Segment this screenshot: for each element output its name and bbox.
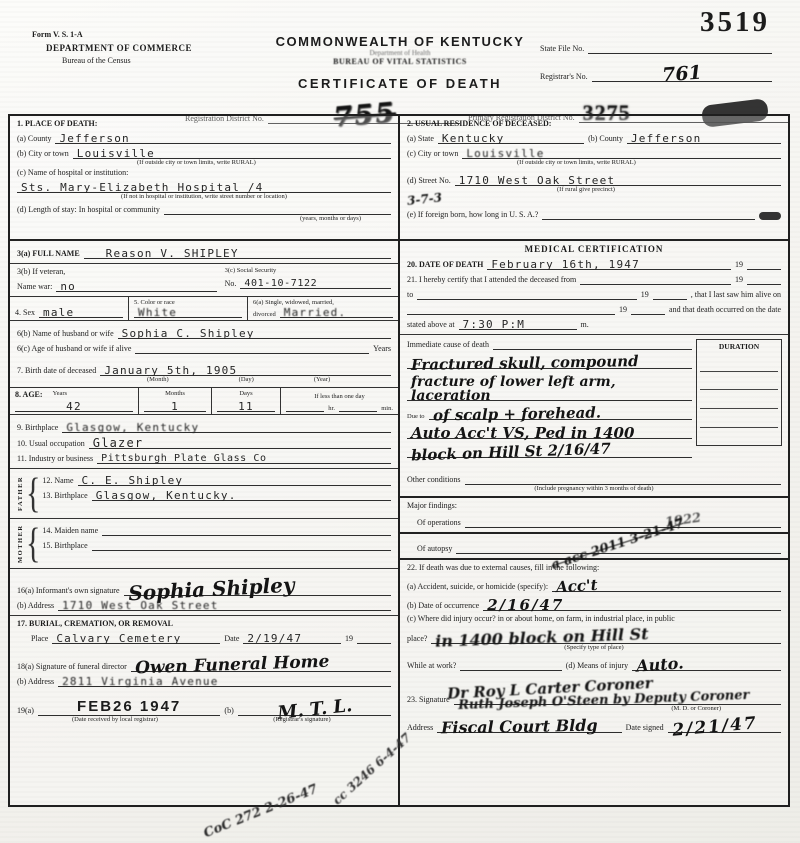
birthdate-line: 7. Birth date of deceased January 5th, 1… — [17, 364, 391, 376]
informant-line: 16(a) Informant's own signature Sophia S… — [17, 575, 391, 596]
mother-birthplace-line: 15. Birthplace — [42, 539, 391, 551]
stay-note: (years, months or days) — [17, 215, 361, 222]
cause-text1: Fractured skull, compound — [411, 354, 639, 373]
means-value: Auto. — [636, 656, 684, 675]
registrars-no-line: Registrar's No. 761 — [540, 62, 772, 82]
date-of-death-year-blank — [747, 258, 781, 270]
registrars-no-label: Registrar's No. — [540, 72, 588, 82]
marital-value: Married. — [284, 307, 347, 318]
foreign-born-blot — [759, 212, 781, 220]
father-birthplace-field: Glasgow, Kentucky. — [92, 489, 391, 501]
father-fields: 12. Name C. E. Shipley 13. Birthplace Gl… — [42, 471, 391, 516]
residence-county-value: Jefferson — [631, 133, 701, 144]
burial-date-label: Date — [224, 634, 239, 644]
age-years-field: 42 — [15, 400, 133, 412]
ssn-field: 401-10-7122 — [240, 277, 391, 289]
mother-side-label: MOTHER — [17, 521, 24, 566]
director-address-field: 2811 Virginia Avenue — [58, 675, 391, 687]
age-months-field: 1 — [144, 397, 206, 412]
hospital-note: (If not in hospital or institution, writ… — [17, 193, 391, 200]
registrar-line: 19(a) FEB26 1947 (b) M. T. L. — [17, 697, 391, 716]
section-residence: 2. USUAL RESIDENCE OF DECEASED: (a) Stat… — [400, 116, 788, 241]
county-value: Jefferson — [59, 133, 129, 144]
spouse-age-line: 6(c) Age of husband or wife if alive Yea… — [17, 342, 391, 354]
date-of-death-value: February 16th, 1947 — [491, 259, 640, 270]
city-line: (b) City or town Louisville — [17, 147, 391, 159]
director-line: 18(a) Signature of funeral director Owen… — [17, 654, 391, 672]
age-years-value: 42 — [66, 401, 82, 412]
autopsy-label: Of autopsy — [417, 544, 452, 554]
foreign-born-label: (e) If foreign born, how long in U. S. A… — [407, 210, 538, 220]
residence-city-line: (c) City or town Louisville — [407, 147, 781, 159]
marital-label2: divorced — [253, 311, 276, 318]
duration-line — [700, 428, 778, 446]
father-birthplace-line: 13. Birthplace Glasgow, Kentucky. — [42, 489, 391, 501]
occupation-line: 10. Usual occupation Glazer — [17, 436, 391, 449]
registrar-date-note: (Date received by local registrar) — [17, 716, 213, 723]
other-conditions-blank — [465, 473, 781, 485]
occupation-label: 10. Usual occupation — [17, 439, 85, 449]
day-note: (Day) — [239, 376, 254, 383]
date-signed-value: 2/21/47 — [671, 716, 758, 740]
date-signed-label: Date signed — [626, 723, 664, 733]
birthplace-field: Glasgow, Kentucky — [62, 421, 391, 433]
residence-city-label: (c) City or town — [407, 149, 458, 159]
age-months-value: 1 — [171, 401, 179, 412]
race-field: White — [134, 306, 242, 318]
cause-line4: Auto Acc't VS, Ped in 1400 — [407, 423, 692, 439]
marital-cell: 6(a) Single, widowed, married, divorced … — [247, 297, 398, 320]
director-signature: Owen Funeral Home — [135, 654, 330, 678]
stay-line: (d) Length of stay: In hospital or commu… — [17, 203, 391, 215]
section-external-causes: 22. If death was due to external causes,… — [400, 560, 788, 675]
other-conditions-label: Other conditions — [407, 475, 461, 485]
age-years-labels: 8. AGE: Years — [15, 390, 133, 400]
spouse-age-field — [135, 342, 369, 354]
father-birthplace-value: Glasgow, Kentucky. — [96, 490, 237, 501]
section-informant: 16(a) Informant's own signature Sophia S… — [10, 569, 398, 616]
residence-county-label: (b) County — [588, 134, 623, 144]
cause-line5: block on Hill St 2/16/47 — [407, 442, 692, 458]
father-name-value: C. E. Shipley — [82, 475, 184, 486]
spouse-label: 6(b) Name of husband or wife — [17, 329, 114, 339]
birthdate-notes: (Month) (Day) (Year) — [17, 376, 391, 383]
section-place-of-death: 1. PLACE OF DEATH: (a) County Jefferson … — [10, 116, 398, 241]
injury-where-field: in 1400 block on Hill St — [431, 627, 781, 644]
time-m-label: m. — [581, 320, 589, 330]
attended-to-blank — [417, 288, 637, 300]
attended-19a: 19 — [735, 275, 743, 285]
attended-line4: stated above at 7:30 P:M m. — [407, 318, 781, 330]
age-less-cell: If less than one day hr. min. — [280, 388, 398, 414]
marital-line: divorced Married. — [253, 306, 393, 318]
month-note: (Month) — [147, 376, 169, 383]
informant-label: 16(a) Informant's own signature — [17, 586, 120, 596]
cause-label-line: Immediate cause of death — [407, 338, 692, 350]
cause-field2: fracture of lower left arm, laceration — [407, 372, 692, 401]
spouse-value: Sophia C. Shipley — [122, 328, 255, 339]
hospital-line: Sts. Mary-Elizabeth Hospital /4 — [17, 181, 391, 193]
state-file-line: State File No. — [540, 42, 772, 54]
marital-field: Married. — [280, 306, 393, 318]
full-name-field: Reason V. SHIPLEY — [84, 247, 391, 259]
foreign-born-field — [542, 208, 755, 220]
mother-birthplace-label: 15. Birthplace — [42, 541, 87, 551]
stated-above-label: stated above at — [407, 320, 455, 330]
mother-maiden-label: 14. Maiden name — [42, 526, 98, 536]
father-name-field: C. E. Shipley — [78, 474, 391, 486]
means-field: Auto. — [632, 654, 781, 671]
death-certificate-scan: Form V. S. 1-A DEPARTMENT OF COMMERCE Bu… — [0, 0, 800, 843]
duration-line — [700, 409, 778, 428]
informant-field: Sophia Shipley — [124, 575, 391, 596]
certificate-form-box: 1. PLACE OF DEATH: (a) County Jefferson … — [8, 114, 790, 807]
city-note: (If outside city or town limits, write R… — [137, 159, 391, 166]
director-field: Owen Funeral Home — [131, 654, 391, 672]
section-sex-race-marital: 4. Sex male 5. Color or race White 6(a) … — [10, 297, 398, 321]
registrars-no-blank: 761 — [592, 62, 772, 82]
left-column: 1. PLACE OF DEATH: (a) County Jefferson … — [10, 116, 400, 805]
section-funeral-director: 18(a) Signature of funeral director Owen… — [10, 648, 398, 691]
ssn-label: 3(c) Social Security — [225, 267, 391, 274]
other-conditions-line: Other conditions — [407, 473, 781, 485]
spouse-line: 6(b) Name of husband or wife Sophia C. S… — [17, 327, 391, 339]
county-label: (a) County — [17, 134, 51, 144]
race-cell: 5. Color or race White — [128, 297, 247, 320]
death-occurred-label: and that death occurred on the date — [669, 305, 781, 315]
race-label: 5. Color or race — [134, 299, 242, 306]
external-title: 22. If death was due to external causes,… — [407, 563, 781, 573]
sex-field: male — [39, 306, 123, 318]
age-months-cell: Months 1 — [138, 388, 211, 414]
age-min-label: min. — [381, 405, 393, 412]
residence-title: 2. USUAL RESIDENCE OF DECEASED: — [407, 119, 781, 129]
section-birthdate: 7. Birth date of deceased January 5th, 1… — [10, 358, 398, 388]
residence-city-value: Louisville — [466, 148, 544, 159]
residence-city-note: (If outside city or town limits, write R… — [517, 159, 781, 166]
attended-line1: 21. I hereby certify that I attended the… — [407, 273, 781, 285]
informant-address-line: (b) Address 1710 West Oak Street — [17, 599, 391, 611]
section-autopsy: Of autopsy a acc 2011 3-21-47 — [400, 534, 788, 560]
occurrence-date-line: (b) Date of occurrence 2/16/47 — [407, 595, 781, 611]
section-cause-of-death: Immediate cause of death Fractured skull… — [400, 334, 788, 470]
foreign-born-line: (e) If foreign born, how long in U. S. A… — [407, 208, 781, 220]
residence-county-field: Jefferson — [627, 132, 781, 144]
at-work-field — [460, 659, 561, 671]
city-value: Louisville — [77, 148, 155, 159]
residence-state-line: (a) State Kentucky (b) County Jefferson — [407, 132, 781, 144]
duration-line — [700, 353, 778, 372]
veteran-line: Name war: no — [17, 280, 217, 292]
section-veteran-ssn: 3(b) If veteran, Name war: no 3(c) Socia… — [10, 264, 398, 297]
registrar-sig-label: (b) — [224, 706, 233, 716]
informant-address-field: 1710 West Oak Street — [58, 599, 391, 611]
hospital-value: Sts. Mary-Elizabeth Hospital /4 — [21, 182, 264, 193]
veteran-ssn-row: 3(b) If veteran, Name war: no 3(c) Socia… — [17, 267, 391, 292]
duration-label: DURATION — [697, 340, 781, 353]
residence-street-value: 1710 West Oak Street — [459, 175, 615, 186]
veteran-field: no — [56, 280, 216, 292]
certifier-address-field: Fiscal Court Bldg — [437, 716, 621, 733]
race-value: White — [138, 307, 177, 318]
time-of-death-value: 7:30 P:M — [463, 319, 526, 330]
birthdate-field: January 5th, 1905 — [100, 364, 391, 376]
veteran-value: no — [60, 281, 76, 292]
date-of-death-field: February 16th, 1947 — [487, 258, 731, 270]
attended-label: 21. I hereby certify that I attended the… — [407, 275, 576, 285]
age-less-line: hr. min. — [286, 400, 393, 412]
sex-value: male — [43, 307, 74, 318]
section-major-findings: Major findings: Of operations 1922 — [400, 498, 788, 534]
burial-title: 17. BURIAL, CREMATION, OR REMOVAL — [17, 619, 391, 629]
spouse-field: Sophia C. Shipley — [118, 327, 391, 339]
state-file-label: State File No. — [540, 44, 584, 54]
age-days-label: Days — [217, 390, 275, 397]
attended-from-blank — [580, 273, 731, 285]
ssn-cell: 3(c) Social Security No. 401-10-7122 — [217, 267, 391, 292]
year-note: (Year) — [314, 376, 330, 383]
age-years-label: Years — [53, 390, 68, 400]
cause-field5: block on Hill St 2/16/47 — [407, 442, 692, 458]
registrar-date-label: 19(a) — [17, 706, 34, 716]
director-label: 18(a) Signature of funeral director — [17, 662, 127, 672]
section-age: 8. AGE: Years 42 Months 1 Days 11 If les… — [10, 388, 398, 415]
section-mother: MOTHER { 14. Maiden name 15. Birthplace — [10, 519, 398, 569]
cause-field4: Auto Acc't VS, Ped in 1400 — [407, 423, 692, 439]
birthdate-label: 7. Birth date of deceased — [17, 366, 96, 376]
sex-label: 4. Sex — [15, 308, 35, 318]
cause-label: Immediate cause of death — [407, 340, 489, 350]
operations-label: Of operations — [417, 518, 461, 528]
last-saw-blank — [407, 303, 615, 315]
county-line: (a) County Jefferson — [17, 132, 391, 144]
stay-field — [164, 203, 391, 215]
age-days-field: 11 — [217, 397, 275, 412]
last-saw-label: , that I last saw him alive on — [691, 290, 781, 300]
burial-line: Place Calvary Cemetery Date 2/19/47 19 — [31, 632, 391, 644]
stay-label: (d) Length of stay: In hospital or commu… — [17, 205, 160, 215]
hospital-field: Sts. Mary-Elizabeth Hospital /4 — [17, 181, 391, 193]
occurrence-date-value: 2/16/47 — [487, 598, 564, 613]
operations-field: 1922 — [465, 514, 781, 528]
duration-line — [700, 390, 778, 409]
residence-street-label: (d) Street No. — [407, 176, 451, 186]
date-signed-field: 2/21/47 — [668, 715, 781, 733]
father-name-label: 12. Name — [42, 476, 73, 486]
attended-19b-blank — [653, 288, 687, 300]
residence-street-field: 1710 West Oak Street — [455, 174, 781, 186]
cause-text2: fracture of lower left arm, laceration — [411, 375, 688, 403]
father-name-line: 12. Name C. E. Shipley — [42, 474, 391, 486]
injury-where-label: (c) Where did injury occur? in or about … — [407, 614, 781, 624]
certifier-address-value: Fiscal Court Bldg — [441, 718, 598, 737]
registrar-sig-field: M. T. L. — [238, 697, 391, 716]
residence-street-line: (d) Street No. 1710 West Oak Street — [407, 174, 781, 186]
mother-maiden-line: 14. Maiden name — [42, 524, 391, 536]
section-medical-certification: MEDICAL CERTIFICATION 20. DATE OF DEATH … — [400, 241, 788, 334]
director-address-label: (b) Address — [17, 677, 54, 687]
certifier-address-label: Address — [407, 723, 433, 733]
full-name-label: 3(a) FULL NAME — [17, 249, 80, 259]
industry-field: Pittsburgh Plate Glass Co — [97, 452, 391, 464]
attended-line3: 19 and that death occurred on the date — [407, 303, 781, 315]
full-name-value: Reason V. SHIPLEY — [106, 248, 239, 259]
veteran-cell: 3(b) If veteran, Name war: no — [17, 267, 217, 292]
full-name-line: 3(a) FULL NAME Reason V. SHIPLEY — [17, 247, 391, 259]
section-spouse: 6(b) Name of husband or wife Sophia C. S… — [10, 321, 398, 358]
violence-kind-label: (a) Accident, suicide, or homicide (spec… — [407, 582, 548, 592]
section-burial: 17. BURIAL, CREMATION, OR REMOVAL Place … — [10, 616, 398, 648]
age-years-cell: 8. AGE: Years 42 — [10, 388, 138, 414]
marital-label1: 6(a) Single, widowed, married, — [253, 299, 393, 306]
burial-place-label: Place — [31, 634, 48, 644]
attended-19c: 19 — [619, 305, 627, 315]
major-findings-label: Major findings: — [407, 501, 781, 511]
place-of-death-title: 1. PLACE OF DEATH: — [17, 119, 391, 129]
certifier-signature-label: 23. Signature — [407, 695, 450, 705]
sex-cell: 4. Sex male — [10, 297, 128, 320]
birthplace-line: 9. Birthplace Glasgow, Kentucky — [17, 421, 391, 433]
cause-text5: block on Hill St 2/16/47 — [411, 442, 611, 464]
spouse-age-suffix: Years — [373, 344, 391, 354]
mother-fields: 14. Maiden name 15. Birthplace — [42, 521, 391, 566]
section-father: FATHER { 12. Name C. E. Shipley 13. Birt… — [10, 468, 398, 519]
ssn-line: No. 401-10-7122 — [225, 277, 391, 289]
mother-birthplace-field — [92, 539, 391, 551]
received-date-stamp: FEB26 1947 — [77, 698, 181, 715]
residence-city-field: Louisville — [462, 147, 781, 159]
cause-line1: Fractured skull, compound — [407, 353, 692, 369]
burial-date-field: 2/19/47 — [243, 632, 341, 644]
autopsy-field: a acc 2011 3-21-47 — [456, 540, 781, 554]
violence-kind-value: Acc't — [556, 578, 598, 595]
sex-line: 4. Sex male — [15, 306, 123, 318]
informant-address-label: (b) Address — [17, 601, 54, 611]
other-conditions-note: (Include pregnancy within 3 months of de… — [407, 485, 781, 492]
residence-state-value: Kentucky — [442, 133, 505, 144]
cause-line2: fracture of lower left arm, laceration — [407, 372, 692, 401]
occurrence-date-field: 2/16/47 — [483, 595, 781, 611]
registrar-date-field: FEB26 1947 — [38, 698, 221, 716]
section-other-conditions: Other conditions (Include pregnancy with… — [400, 470, 788, 498]
duration-box: DURATION — [696, 339, 782, 446]
father-side-label: FATHER — [17, 471, 24, 516]
means-line: While at work? (d) Means of injury Auto. — [407, 654, 781, 671]
burial-year-label: 19 — [345, 634, 353, 644]
burial-date-value: 2/19/47 — [247, 633, 302, 644]
state-file-blank — [588, 42, 772, 54]
injury-where-label2: place? — [407, 634, 427, 644]
mother-maiden-field — [102, 524, 391, 536]
date-of-death-label: 20. DATE OF DEATH — [407, 260, 483, 270]
violence-kind-line: (a) Accident, suicide, or homicide (spec… — [407, 576, 781, 592]
ssn-label2: No. — [225, 279, 237, 289]
age-days-cell: Days 11 — [211, 388, 280, 414]
county-field: Jefferson — [55, 132, 391, 144]
certificate-number-stamp: 3519 — [700, 6, 770, 39]
director-address-value: 2811 Virginia Avenue — [62, 676, 218, 687]
birthplace-label: 9. Birthplace — [17, 423, 58, 433]
industry-line: 11. Industry or business Pittsburgh Plat… — [17, 452, 391, 464]
attended-19a-blank — [747, 273, 781, 285]
city-field: Louisville — [73, 147, 391, 159]
industry-value: Pittsburgh Plate Glass Co — [101, 454, 267, 464]
birthplace-value: Glasgow, Kentucky — [66, 422, 199, 433]
duration-line — [700, 372, 778, 391]
violence-kind-field: Acc't — [552, 576, 781, 592]
occupation-field: Glazer — [89, 436, 391, 449]
age-months-label: Months — [144, 390, 206, 397]
father-birthplace-label: 13. Birthplace — [42, 491, 87, 501]
occupation-value: Glazer — [93, 437, 144, 449]
attended-19b: 19 — [641, 290, 649, 300]
cause-blank — [493, 338, 692, 350]
at-work-label: While at work? — [407, 661, 456, 671]
city-label: (b) City or town — [17, 149, 69, 159]
attended-line2: to 19 , that I last saw him alive on — [407, 288, 781, 300]
cause-text3: of scalp + forehead. — [432, 406, 600, 424]
cause-field3: of scalp + forehead. — [429, 404, 692, 420]
injury-where-line: place? in 1400 block on Hill St — [407, 627, 781, 644]
hospital-label: (c) Name of hospital or institution: — [17, 168, 391, 178]
age-days-value: 11 — [238, 401, 254, 412]
spouse-age-label: 6(c) Age of husband or wife if alive — [17, 344, 131, 354]
autopsy-line: Of autopsy a acc 2011 3-21-47 — [417, 540, 781, 554]
age-hr-field — [286, 400, 324, 412]
burial-year-blank — [357, 632, 391, 644]
age-less-label: If less than one day — [286, 393, 393, 400]
ssn-value: 401-10-7122 — [244, 279, 317, 289]
means-label: (d) Means of injury — [566, 661, 628, 671]
mother-bracket: { — [26, 512, 40, 575]
birthdate-value: January 5th, 1905 — [104, 365, 237, 376]
operations-line: Of operations 1922 — [417, 514, 781, 528]
residence-state-label: (a) State — [407, 134, 434, 144]
veteran-label: 3(b) If veteran, — [17, 267, 217, 277]
director-address-line: (b) Address 2811 Virginia Avenue — [17, 675, 391, 687]
right-column: 2. USUAL RESIDENCE OF DECEASED: (a) Stat… — [400, 116, 788, 805]
cause-field1: Fractured skull, compound — [407, 353, 692, 369]
occurrence-date-label: (b) Date of occurrence — [407, 601, 479, 611]
age-min-field — [339, 400, 377, 412]
burial-place-field: Calvary Cemetery — [52, 632, 220, 644]
age-hr-label: hr. — [328, 405, 335, 412]
time-of-death-field: 7:30 P:M — [459, 318, 577, 330]
medical-certification-title: MEDICAL CERTIFICATION — [407, 244, 781, 255]
residence-state-field: Kentucky — [438, 132, 584, 144]
residence-street-note: (If rural give precinct) — [557, 186, 781, 193]
street-scribble: 3-7-3 — [406, 191, 447, 207]
due-to-label: Due to — [407, 413, 425, 420]
burial-place-value: Calvary Cemetery — [56, 633, 181, 644]
age-label: 8. AGE: — [15, 390, 43, 400]
section-full-name: 3(a) FULL NAME Reason V. SHIPLEY — [10, 241, 398, 264]
date-of-death-19: 19 — [735, 260, 743, 270]
section-certifier-signature: Dr Roy L Carter Coroner 23. Signature Ru… — [400, 675, 788, 805]
registrars-no-value: 761 — [662, 64, 703, 86]
informant-address-value: 1710 West Oak Street — [62, 600, 218, 611]
date-of-death-line: 20. DATE OF DEATH February 16th, 1947 19 — [407, 258, 781, 270]
section-birthplace: 9. Birthplace Glasgow, Kentucky 10. Usua… — [10, 415, 398, 468]
certifier-address-line: Address Fiscal Court Bldg Date signed 2/… — [407, 715, 781, 733]
attended-19c-blank — [631, 303, 665, 315]
veteran-label2: Name war: — [17, 282, 52, 292]
cause-line3: Due to of scalp + forehead. — [407, 404, 692, 420]
attended-to-label: to — [407, 290, 413, 300]
